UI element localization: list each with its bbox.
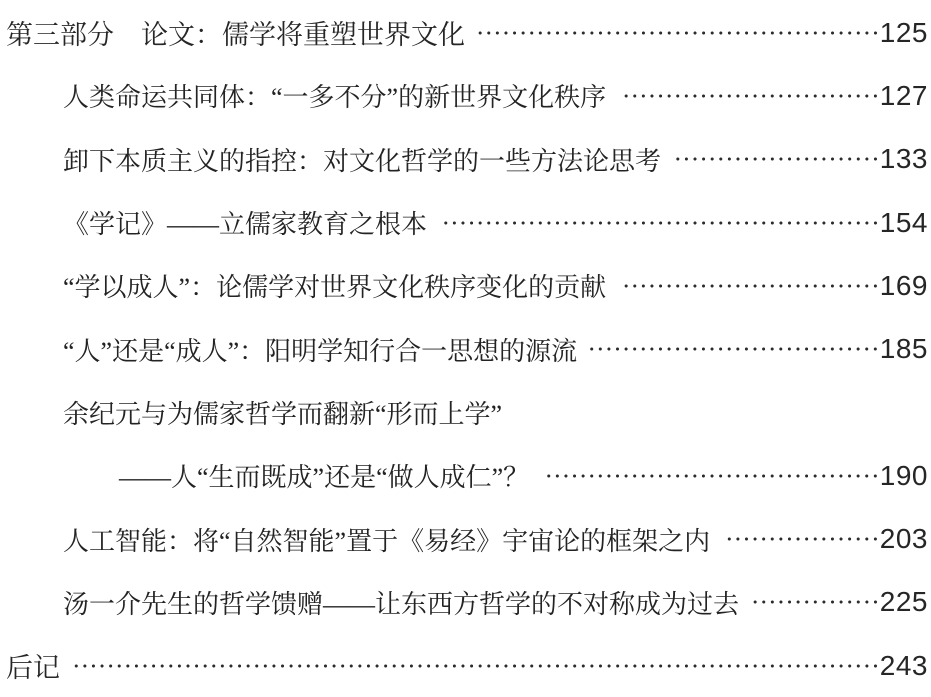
toc-entry: 人工智能：将“自然智能”置于《易经》宇宙论的框架之内 203	[63, 507, 928, 570]
toc-entry: 后记 243	[6, 634, 928, 697]
toc-list: 第三部分 论文：儒学将重塑世界文化 125 人类命运共同体：“一多不分”的新世界…	[6, 1, 928, 697]
toc-entry: “学以成人”：论儒学对世界文化秩序变化的贡献 169	[63, 254, 928, 317]
toc-entry-page-number: 133	[880, 143, 928, 175]
toc-entry-title: 后记	[6, 646, 60, 685]
toc-entry: 第三部分 论文：儒学将重塑世界文化 125	[6, 1, 928, 64]
dot-leader	[440, 220, 880, 226]
toc-entry-page-number: 169	[880, 270, 928, 302]
dot-leader	[478, 30, 880, 36]
dot-leader	[619, 283, 880, 289]
toc-entry-page-number: 225	[880, 586, 928, 618]
toc-entry-title: 人工智能：将“自然智能”置于《易经》宇宙论的框架之内	[63, 521, 710, 558]
dot-leader	[73, 663, 880, 669]
toc-entry-title: 《学记》——立儒家教育之根本	[63, 204, 427, 241]
toc-entry-title: 人类命运共同体：“一多不分”的新世界文化秩序	[63, 77, 606, 114]
toc-entry-title: 汤一介先生的哲学馈赠——让东西方哲学的不对称成为过去	[63, 584, 739, 621]
toc-entry-page-number: 127	[880, 80, 928, 112]
dot-leader	[590, 346, 880, 352]
toc-entry-title: 第三部分 论文：儒学将重塑世界文化	[6, 13, 465, 52]
toc-entry-page-number: 185	[880, 333, 928, 365]
toc-entry: 余纪元与为儒家哲学而翻新“形而上学”	[63, 381, 928, 444]
toc-entry-title: 余纪元与为儒家哲学而翻新“形而上学”	[63, 394, 502, 431]
toc-entry-page-number: 243	[880, 650, 928, 682]
toc-entry: 汤一介先生的哲学馈赠——让东西方哲学的不对称成为过去 225	[63, 571, 928, 634]
toc-entry-page-number: 190	[880, 460, 928, 492]
toc-entry: 《学记》——立儒家教育之根本 154	[63, 191, 928, 254]
toc-entry-page-number: 125	[880, 17, 928, 49]
toc-entry: 卸下本质主义的指控：对文化哲学的一些方法论思考 133	[63, 128, 928, 191]
toc-entry: 人类命运共同体：“一多不分”的新世界文化秩序 127	[63, 64, 928, 127]
dot-leader	[674, 156, 880, 162]
dot-leader	[723, 536, 880, 542]
toc-entry: “人”还是“成人”：阳明学知行合一思想的源流 185	[63, 317, 928, 380]
toc-entry-title: 卸下本质主义的指控：对文化哲学的一些方法论思考	[63, 141, 661, 178]
toc-entry-title: “人”还是“成人”：阳明学知行合一思想的源流	[63, 331, 577, 368]
toc-entry-title: ——人“生而既成”还是“做人成仁”？	[119, 457, 529, 494]
toc-entry-title: “学以成人”：论儒学对世界文化秩序变化的贡献	[63, 267, 606, 304]
toc-page: 第三部分 论文：儒学将重塑世界文化 125 人类命运共同体：“一多不分”的新世界…	[0, 0, 931, 697]
dot-leader	[619, 93, 880, 99]
toc-entry: ——人“生而既成”还是“做人成仁”？ 190	[119, 444, 928, 507]
toc-entry-page-number: 154	[880, 207, 928, 239]
dot-leader	[752, 599, 880, 605]
toc-entry-page-number: 203	[880, 523, 928, 555]
dot-leader	[542, 473, 880, 479]
